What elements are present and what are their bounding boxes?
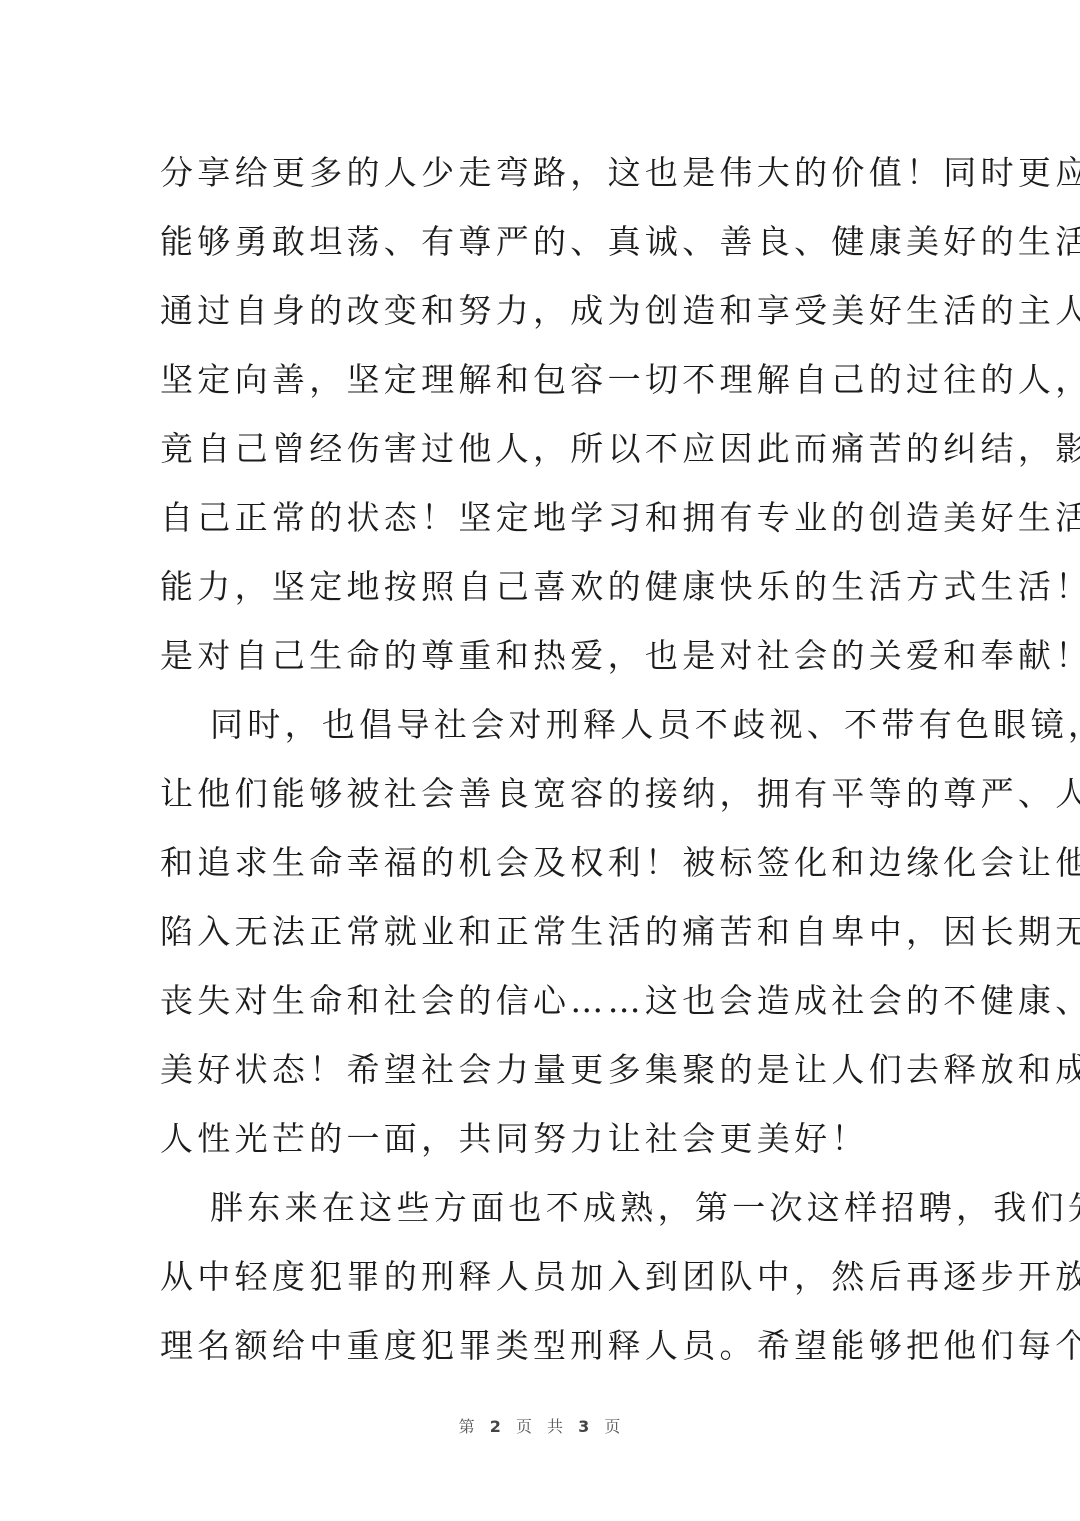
text-line: 美好状态！希望社会力量更多集聚的是让人们去释放和成就	[160, 1035, 930, 1104]
text-line: 竟自己曾经伤害过他人，所以不应因此而痛苦的纠结，影响	[160, 414, 930, 483]
text-line: 丧失对生命和社会的信心……这也会造成社会的不健康、不	[160, 966, 930, 1035]
text-line: 坚定向善，坚定理解和包容一切不理解自己的过往的人，毕	[160, 345, 930, 414]
current-page-number: 2	[490, 1417, 502, 1436]
text-line: 分享给更多的人少走弯路，这也是伟大的价值！同时更应该	[160, 138, 930, 207]
text-line: 通过自身的改变和努力，成为创造和享受美好生活的主人！	[160, 276, 930, 345]
text-line: 胖东来在这些方面也不成熟，第一次这样招聘，我们先	[160, 1173, 930, 1242]
footer-prefix: 第	[459, 1417, 476, 1436]
page-number-footer: 第 2 页 共 3 页	[0, 1414, 1080, 1437]
text-line: 和追求生命幸福的机会及权利！被标签化和边缘化会让他们	[160, 828, 930, 897]
text-line: 人性光芒的一面，共同努力让社会更美好！	[160, 1104, 930, 1173]
footer-total-suffix: 页	[604, 1417, 621, 1436]
footer-total-prefix: 共	[547, 1417, 564, 1436]
text-line: 能力，坚定地按照自己喜欢的健康快乐的生活方式生活！这	[160, 552, 930, 621]
text-line: 能够勇敢坦荡、有尊严的、真诚、善良、健康美好的生活！	[160, 207, 930, 276]
text-line: 理名额给中重度犯罪类型刑释人员。希望能够把他们每个人	[160, 1311, 930, 1380]
text-line: 自己正常的状态！坚定地学习和拥有专业的创造美好生活的	[160, 483, 930, 552]
document-body: 分享给更多的人少走弯路，这也是伟大的价值！同时更应该 能够勇敢坦荡、有尊严的、真…	[160, 138, 930, 1380]
footer-page-word: 页	[516, 1417, 533, 1436]
text-line: 让他们能够被社会善良宽容的接纳，拥有平等的尊严、人格	[160, 759, 930, 828]
text-line: 陷入无法正常就业和正常生活的痛苦和自卑中，因长期无奈	[160, 897, 930, 966]
text-line: 是对自己生命的尊重和热爱，也是对社会的关爱和奉献！	[160, 621, 930, 690]
document-page: 分享给更多的人少走弯路，这也是伟大的价值！同时更应该 能够勇敢坦荡、有尊严的、真…	[0, 0, 1080, 1521]
total-pages-number: 3	[578, 1417, 590, 1436]
text-line: 同时，也倡导社会对刑释人员不歧视、不带有色眼镜，	[160, 690, 930, 759]
text-line: 从中轻度犯罪的刑释人员加入到团队中，然后再逐步开放合	[160, 1242, 930, 1311]
